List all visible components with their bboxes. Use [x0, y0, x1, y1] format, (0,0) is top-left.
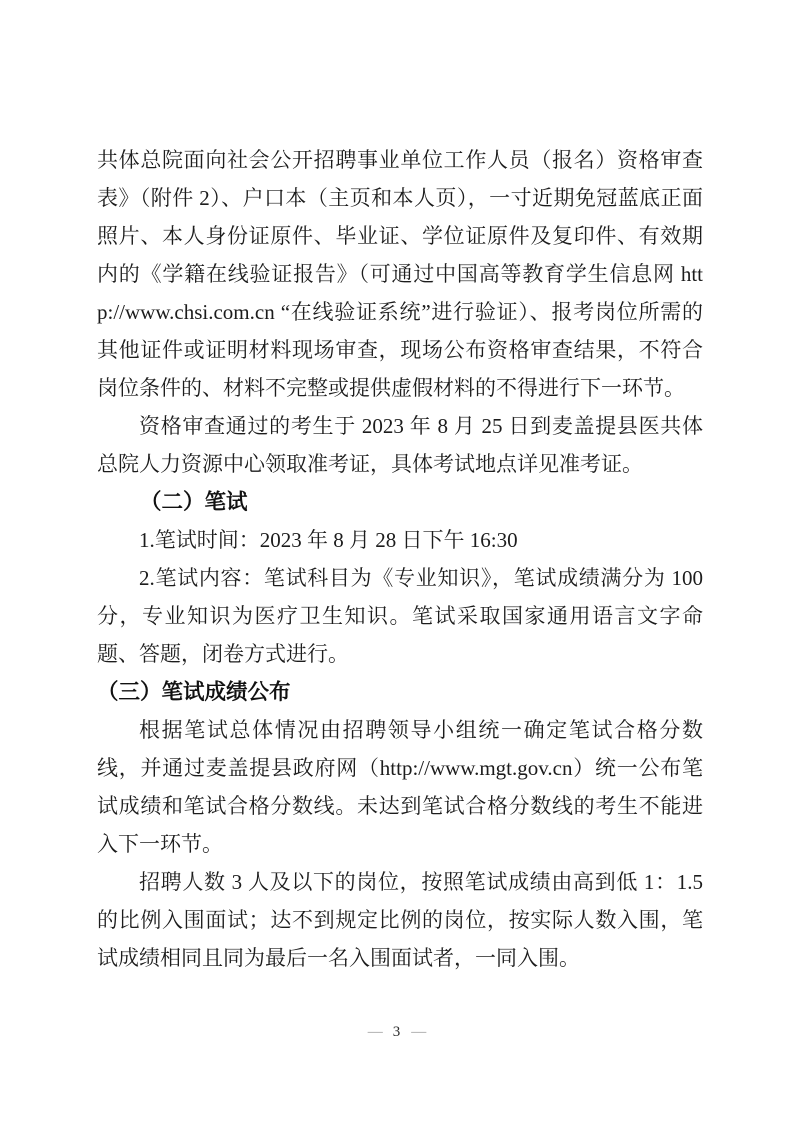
paragraph-exam-content: 2.笔试内容：笔试科目为《专业知识》，笔试成绩满分为 100 分，专业知识为医疗… — [97, 559, 703, 673]
page-footer: —3— — [0, 1022, 793, 1042]
heading-written-exam: （二）笔试 — [97, 483, 703, 521]
paragraph-interview-ratio: 招聘人数 3 人及以下的岗位，按照笔试成绩由高到低 1：1.5 的比例入围面试；… — [97, 863, 703, 977]
document-page: 共体总院面向社会公开招聘事业单位工作人员（报名）资格审查表》（附件 2）、户口本… — [0, 0, 793, 1122]
heading-exam-score-announcement: （三）笔试成绩公布 — [97, 673, 703, 711]
document-body: 共体总院面向社会公开招聘事业单位工作人员（报名）资格审查表》（附件 2）、户口本… — [97, 141, 703, 977]
footer-dash-left: — — [368, 1024, 382, 1040]
page-number: 3 — [382, 1022, 412, 1042]
paragraph-exam-time: 1.笔试时间：2023 年 8 月 28 日下午 16:30 — [97, 521, 703, 559]
paragraph-qualification-review-materials: 共体总院面向社会公开招聘事业单位工作人员（报名）资格审查表》（附件 2）、户口本… — [97, 141, 703, 407]
footer-dash-right: — — [411, 1024, 425, 1040]
paragraph-admission-ticket: 资格审查通过的考生于 2023 年 8 月 25 日到麦盖提县医共体总院人力资源… — [97, 407, 703, 483]
paragraph-passing-score-line: 根据笔试总体情况由招聘领导小组统一确定笔试合格分数线，并通过麦盖提县政府网（ht… — [97, 711, 703, 863]
